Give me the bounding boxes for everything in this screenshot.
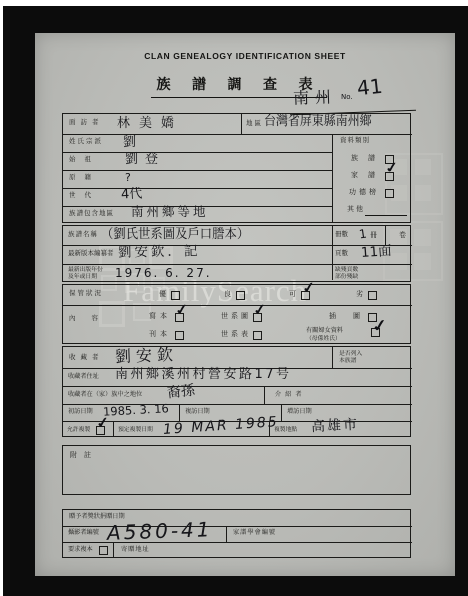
content-printed: 刊本	[149, 331, 171, 338]
listed-label-line2: 本族譜	[339, 358, 356, 364]
checkmark-icon: ✓	[370, 315, 389, 336]
copy-place-value: 高雄市	[311, 418, 360, 434]
clan-value: 劉	[123, 136, 136, 149]
origin-label: 原籍	[69, 175, 100, 182]
pages-label: 頁數	[335, 251, 348, 258]
collector-label: 收藏者	[69, 355, 104, 362]
condition-label: 保管狀況	[69, 291, 103, 298]
content-women-records-note: （母係姓氏）	[306, 336, 341, 342]
society-no-label: 家譜學會編號	[233, 530, 276, 537]
ancestor-label: 始祖	[69, 157, 100, 164]
condition-table: 保管狀況 優 良 可 ✓ 劣 內容 寫本 ✓ 世系圖 ✓ 插圖 刊本 世系表 有…	[62, 284, 411, 344]
content-printed-checkbox	[175, 331, 184, 340]
second-visit-label: 複訪日期	[185, 409, 210, 416]
checkmark-icon: ✓	[252, 301, 269, 319]
condition-excellent-checkbox	[171, 291, 180, 300]
pubdate-label-line2: 及年或日期	[68, 274, 97, 280]
category-header: 資料類別	[340, 138, 370, 145]
footer-table: 贈予者獎狀捐贈日期 攝影者編號 A580-41 家譜學會編號 要求複本 寄贈地址	[62, 509, 411, 558]
interviewer-value: 林美嬌	[117, 117, 183, 130]
volumes-unit-ce: 冊	[370, 232, 377, 239]
content-pedigree-table-checkbox	[253, 331, 262, 340]
volumes-label: 冊數	[335, 232, 348, 239]
collector-address-label: 收藏者住址	[68, 374, 99, 381]
permission-label: 允許複製	[67, 427, 90, 433]
category-gongdebang-checkbox	[385, 189, 394, 198]
book-info-table: 族譜名稱 （劉氏世系圖及戶口謄本） 冊數 1 冊 卷 最新版本編纂者 劉安欽．記…	[62, 225, 411, 282]
serial-number: 41	[356, 76, 383, 99]
mailing-label: 寄贈地址	[121, 547, 150, 554]
pubdate-value: 1976. 6. 27.	[115, 267, 212, 279]
photographer-no-value: A580-41	[107, 519, 213, 543]
photographer-no-label: 攝影者編號	[68, 530, 99, 537]
generations-label: 世代	[69, 193, 100, 200]
basic-info-table: 面訪者 林美嬌 地區 台灣省屏東縣南州鄉 姓氏宗派 劉 始祖 劉登 原籍 ? 世…	[62, 113, 411, 223]
book-title-label: 族譜名稱	[68, 232, 98, 239]
pages-value: 11面	[361, 245, 393, 261]
collector-value: 劉安欽	[115, 347, 179, 365]
category-item-other: 其他	[347, 206, 365, 213]
volumes-value: 1	[358, 228, 367, 241]
damage-label-line2: 部份殘缺	[335, 274, 358, 280]
condition-opt-poor: 劣	[356, 291, 363, 298]
content-label: 內容	[69, 316, 114, 323]
origin-value: ?	[125, 172, 131, 183]
coverage-label: 族譜包含地區	[69, 211, 114, 218]
district-value: 台灣省屏東縣南州鄉	[264, 115, 372, 128]
collector-position-label: 收藏者在（家）族中之地位	[68, 392, 142, 399]
pubdate-label-line1: 最新出版年份	[68, 267, 103, 273]
editor-value: 劉安欽．記	[118, 245, 201, 260]
interviewer-label: 面訪者	[69, 120, 104, 127]
editor-label: 最新版本編纂者	[68, 251, 114, 258]
serial-no-label: No.	[341, 94, 353, 101]
content-pedigree-chart: 世系圖	[221, 313, 251, 320]
introducer-label: 介紹者	[275, 392, 306, 399]
damage-label-line1: 缺殘頁數	[335, 267, 358, 273]
collector-address-value: 南州鄉溪州村營安路17号	[115, 368, 292, 381]
listed-label-line1: 是否列入	[339, 351, 362, 357]
category-other-line	[365, 215, 407, 216]
condition-opt-excellent: 優	[159, 291, 166, 298]
english-title: CLAN GENEALOGY IDENTIFICATION SHEET	[35, 51, 455, 61]
copy-place-label: 複製地點	[274, 427, 297, 433]
category-item-gongdebang: 功德榜	[349, 189, 379, 196]
ancestor-value: 劉登	[125, 153, 165, 166]
collector-table: 收藏者 劉安欽 是否列入 本族譜 收藏者住址 南州鄉溪州村營安路17号 收藏者在…	[62, 346, 411, 437]
addl-visit-label: 增訪日期	[287, 409, 312, 416]
condition-opt-fair: 可	[289, 291, 296, 298]
content-women-records: 有關婦女資料	[306, 328, 343, 335]
generations-value: 4代	[121, 187, 143, 201]
notes-label: 附註	[70, 452, 98, 459]
category-item-jiapu: 家譜	[351, 172, 385, 179]
checkmark-icon: ✓	[174, 301, 191, 319]
volumes-unit-juan: 卷	[399, 232, 406, 239]
district-label: 地區	[246, 121, 263, 128]
collector-position-value: 裔孫	[166, 384, 195, 401]
book-title-value: （劉氏世系圖及戶口謄本）	[101, 228, 249, 241]
genealogy-survey-sheet: FamilySearch CLAN GENEALOGY IDENTIFICATI…	[35, 33, 455, 576]
request-copy-checkbox	[99, 546, 108, 555]
condition-opt-good: 良	[224, 291, 231, 298]
request-copy-label: 要求複本	[68, 547, 93, 554]
notes-box: 附註	[62, 445, 411, 495]
checkmark-icon: ✓	[384, 159, 401, 177]
first-visit-value: 1985. 3. 16	[103, 403, 169, 418]
copy-date-label: 預定複製日期	[118, 427, 153, 433]
coverage-value: 南州鄉等地	[131, 206, 209, 219]
content-pedigree-table: 世系表	[221, 331, 251, 338]
condition-poor-checkbox	[368, 291, 377, 300]
clan-label: 姓氏宗派	[69, 139, 103, 146]
first-visit-label: 初訪日期	[68, 409, 93, 416]
condition-good-checkbox	[236, 291, 245, 300]
serial-place: 南州	[293, 89, 338, 107]
content-manuscript: 寫本	[149, 313, 171, 320]
category-item-zupu: 族譜	[351, 155, 385, 162]
